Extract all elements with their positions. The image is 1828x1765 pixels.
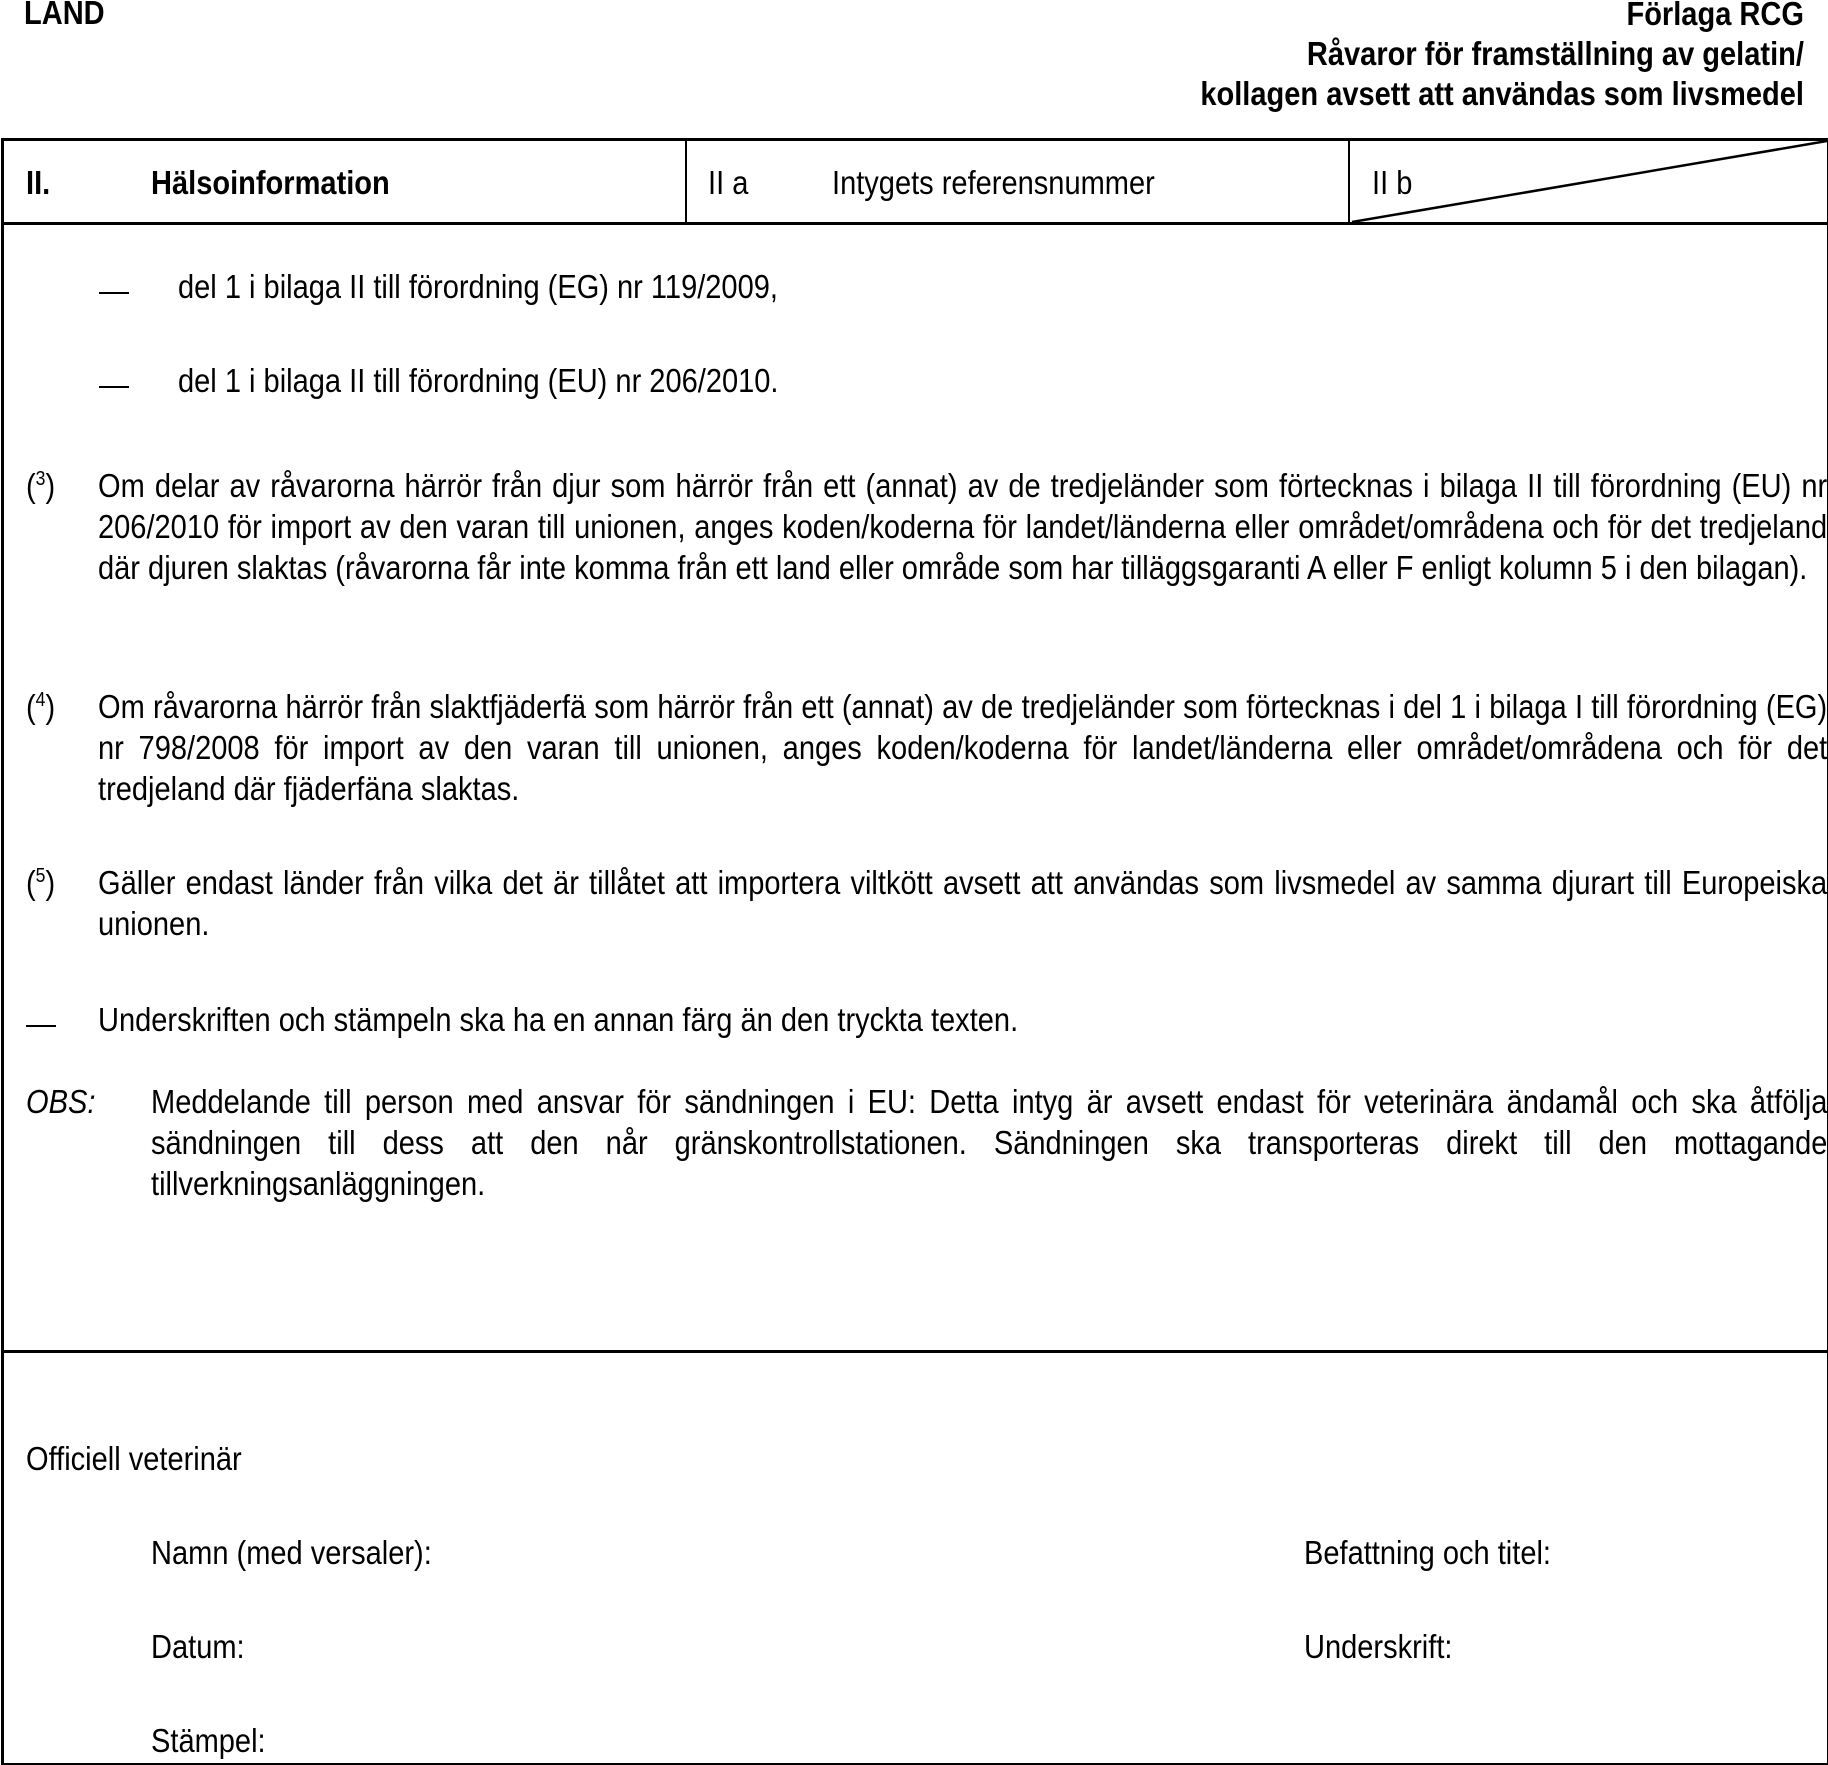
footnote-marker: (3): [26, 465, 59, 506]
dash-bullet: [99, 292, 129, 294]
obs-text: Meddelande till person med ansvar för sä…: [151, 1081, 1827, 1204]
list-item: del 1 i bilaga II till förordning (EG) n…: [178, 266, 860, 307]
footnote-text: Om delar av råvarorna härrör från djur s…: [98, 465, 1827, 588]
ref-number-label: Intygets referensnummer: [832, 164, 1199, 202]
section-header-row: II. Hälsoinformation II a Intygets refer…: [4, 141, 1827, 225]
section-title: Hälsoinformation: [151, 164, 422, 202]
obs-label: OBS:: [26, 1081, 105, 1122]
date-field-label: Datum:: [151, 1626, 257, 1667]
position-title-field-label: Befattning och titel:: [1304, 1532, 1585, 1573]
form-title: Förlaga RCG Råvaror för framställning av…: [1118, 0, 1804, 114]
name-field-label: Namn (med versaler):: [151, 1532, 470, 1573]
form-title-line-3: kollagen avsett att användas som livsmed…: [1200, 74, 1804, 114]
certificate-table: II. Hälsoinformation II a Intygets refer…: [1, 138, 1828, 1765]
ref-code: II a: [708, 164, 754, 202]
diagonal-strike-line: [1350, 141, 1827, 222]
footnote-text: Gäller endast länder från vilka det är t…: [98, 862, 1827, 944]
stamp-field-label: Stämpel:: [151, 1720, 281, 1761]
official-veterinarian-heading: Officiell veterinär: [26, 1438, 271, 1479]
footnote-text: Om råvarorna härrör från slaktfjäderfä s…: [98, 686, 1827, 809]
list-item: del 1 i bilaga II till förordning (EU) n…: [178, 360, 860, 401]
section-number: II.: [26, 164, 54, 202]
dash-bullet: [99, 386, 129, 388]
footnote-marker: (4): [26, 686, 59, 727]
column-divider: [685, 141, 687, 222]
form-title-line-1: Förlaga RCG: [1200, 0, 1804, 34]
section-divider: [4, 1350, 1827, 1353]
form-title-line-2: Råvaror för framställning av gelatin/: [1200, 34, 1804, 74]
signature-color-note: Underskriften och stämpeln ska ha en ann…: [98, 999, 1144, 1040]
signature-field-label: Underskrift:: [1304, 1626, 1473, 1667]
country-label: LAND: [24, 0, 116, 32]
footnote-marker: (5): [26, 862, 59, 903]
dash-bullet: [26, 1025, 56, 1027]
country-label-text: LAND: [24, 0, 105, 32]
